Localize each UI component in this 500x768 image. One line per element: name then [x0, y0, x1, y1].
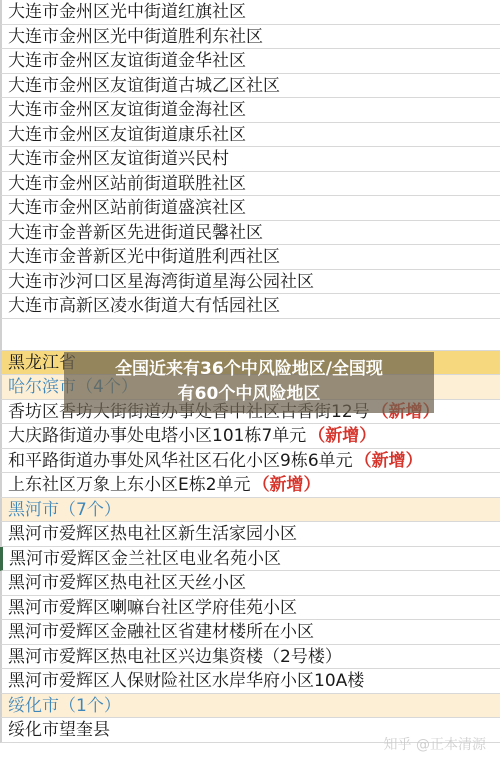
table-row[interactable]: 大连市金州区友谊街道金华社区 [0, 49, 500, 74]
table-row[interactable]: 大连市金州区友谊街道康乐社区 [0, 123, 500, 148]
table-row[interactable]: 黑河市爱辉区金融社区省建材楼所在小区 [0, 620, 500, 645]
cell-text: 大连市金州区友谊街道金海社区 [8, 100, 246, 120]
table-row[interactable]: 大连市金州区友谊街道金海社区 [0, 98, 500, 123]
cell-text: 大连市金普新区光中街道胜利西社区 [8, 247, 280, 267]
cell-text: 和平路街道办事处风华社区石化小区9栋6单元 [8, 451, 353, 471]
table-row[interactable]: 黑河市爱辉区人保财险社区水岸华府小区10A楼 [0, 669, 500, 694]
table-row[interactable]: 大连市金州区站前街道盛滨社区 [0, 196, 500, 221]
cell-text: 绥化市望奎县 [8, 720, 110, 740]
city-header-row[interactable]: 黑河市（7个） [0, 498, 500, 523]
cell-text: 黑河市爱辉区热电社区新生活家园小区 [8, 524, 297, 544]
table-row[interactable]: 黑河市爱辉区金兰社区电业名苑小区 [0, 547, 500, 572]
cell-text: 大连市金州区站前街道联胜社区 [8, 174, 246, 194]
table-row[interactable]: 大连市金普新区光中街道胜利西社区 [0, 245, 500, 270]
cell-text: 大连市金州区友谊街道金华社区 [8, 51, 246, 71]
cell-text: 大连市金普新区先进街道民馨社区 [8, 223, 263, 243]
blank-row[interactable] [0, 319, 500, 351]
cell-text: 黑河市爱辉区金融社区省建材楼所在小区 [8, 622, 314, 642]
cell-text: 黑河市爱辉区喇嘛台社区学府佳苑小区 [8, 598, 297, 618]
table-row[interactable]: 大连市高新区凌水街道大有恬园社区 [0, 294, 500, 319]
watermark: 知乎 @正本清源 [384, 734, 486, 754]
table-row[interactable]: 大连市金州区友谊街道兴民村 [0, 147, 500, 172]
table-row[interactable]: 和平路街道办事处风华社区石化小区9栋6单元（新增） [0, 449, 500, 474]
table-row[interactable]: 大连市金州区光中街道红旗社区 [0, 0, 500, 25]
cell-text: 黑河市爱辉区金兰社区电业名苑小区 [9, 549, 281, 569]
cell-text: 大庆路街道办事处电塔小区101栋7单元 [8, 426, 306, 446]
table-row[interactable]: 黑河市爱辉区热电社区新生活家园小区 [0, 522, 500, 547]
new-badge: （新增） [308, 426, 376, 446]
cell-text: 大连市沙河口区星海湾街道星海公园社区 [8, 272, 314, 292]
table-row[interactable]: 大庆路街道办事处电塔小区101栋7单元（新增） [0, 424, 500, 449]
title-overlay: 全国近来有36个中风险地区/全国现 有60个中风险地区 [64, 352, 434, 413]
cell-text: 大连市金州区友谊街道兴民村 [8, 149, 229, 169]
table-row[interactable]: 上东社区万象上东小区E栋2单元（新增） [0, 473, 500, 498]
cell-text: 黑河市爱辉区热电社区兴边集资楼（2号楼） [8, 647, 342, 667]
cell-text: 绥化市（1个） [8, 696, 121, 716]
cell-text: 大连市金州区友谊街道康乐社区 [8, 125, 246, 145]
table-row[interactable]: 大连市金普新区先进街道民馨社区 [0, 221, 500, 246]
table-row[interactable]: 大连市金州区光中街道胜利东社区 [0, 25, 500, 50]
table-row[interactable]: 大连市金州区友谊街道古城乙区社区 [0, 74, 500, 99]
cell-text: 上东社区万象上东小区E栋2单元 [8, 475, 251, 495]
table-row[interactable]: 黑河市爱辉区喇嘛台社区学府佳苑小区 [0, 596, 500, 621]
table-row[interactable]: 黑河市爱辉区热电社区兴边集资楼（2号楼） [0, 645, 500, 670]
overlay-line-2: 有60个中风险地区 [64, 382, 434, 407]
table-row[interactable]: 黑河市爱辉区热电社区天丝小区 [0, 571, 500, 596]
new-badge: （新增） [355, 451, 423, 471]
cell-text: 黑河市爱辉区人保财险社区水岸华府小区10A楼 [8, 671, 364, 691]
cell-text: 黑河市（7个） [8, 500, 121, 520]
cell-text: 大连市金州区站前街道盛滨社区 [8, 198, 246, 218]
cell-text: 大连市高新区凌水街道大有恬园社区 [8, 296, 280, 316]
city-header-row[interactable]: 绥化市（1个） [0, 694, 500, 719]
overlay-line-1: 全国近来有36个中风险地区/全国现 [64, 357, 434, 382]
cell-text: 黑河市爱辉区热电社区天丝小区 [8, 573, 246, 593]
cell-text: 大连市金州区光中街道胜利东社区 [8, 27, 263, 47]
table-row[interactable]: 大连市金州区站前街道联胜社区 [0, 172, 500, 197]
table-row[interactable]: 大连市沙河口区星海湾街道星海公园社区 [0, 270, 500, 295]
cell-text: 大连市金州区友谊街道古城乙区社区 [8, 76, 280, 96]
new-badge: （新增） [253, 475, 321, 495]
cell-text: 大连市金州区光中街道红旗社区 [8, 2, 246, 22]
